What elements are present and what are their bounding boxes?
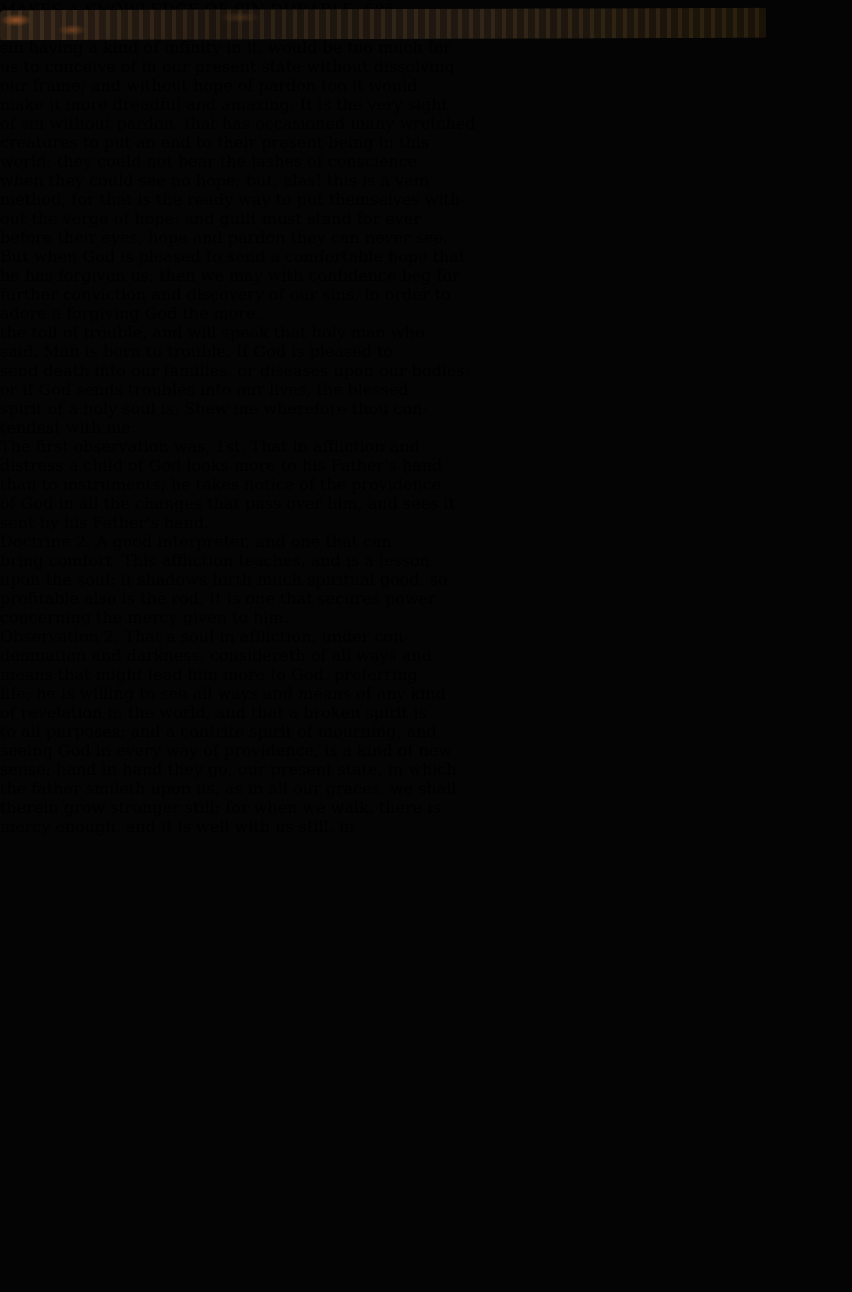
bleedthrough-text: the toil of trouble, and will speak that…: [0, 323, 852, 836]
text-line: make it more dreadful and amazing. It is…: [0, 95, 852, 114]
text-line: he has forgiven us, then we may with con…: [0, 266, 852, 285]
text-line: method, for that is the ready way to put…: [0, 190, 852, 209]
book-scan: MAKES A KNOWLEDGE OF SIN DURABLE. 585 be…: [0, 0, 852, 1292]
text-line: sin having a kind of infinity in it, wou…: [0, 38, 852, 57]
text-line: But when God is pleased to send a comfor…: [0, 247, 852, 266]
text-line: before their eyes, hope and pardon they …: [0, 228, 852, 247]
text-line: adore a forgiving God the more.: [0, 304, 852, 323]
text-line: out the verge of hope; and guilt must st…: [0, 209, 852, 228]
text-line: creatures to put an end to their present…: [0, 133, 852, 152]
bleedthrough-block: Doctrine 2. A good interpreter, and one …: [0, 532, 852, 646]
bleedthrough-block: of God in all the changes that pass over…: [0, 494, 852, 532]
bleedthrough-block: the toil of trouble, and will speak that…: [0, 323, 852, 437]
bleedthrough-block: The first observation was, 1st. That in …: [0, 437, 852, 494]
text-line: our frame; and without hope of pardon to…: [0, 76, 852, 95]
text-line: when they could see no hope; but, alas! …: [0, 171, 852, 190]
book-page: MAKES A KNOWLEDGE OF SIN DURABLE. 585 be…: [0, 0, 852, 836]
bleedthrough-block: demnation and darkness, considereth of a…: [0, 646, 852, 836]
book-cover-top-edge: [0, 8, 766, 40]
text-line: of sin without pardon, that has occasion…: [0, 114, 852, 133]
text-line: further conviction and discovery of our …: [0, 285, 852, 304]
body-text: bear such thoughts in this mortal state;…: [0, 19, 852, 323]
book-cover-top-left-corner: [0, 12, 14, 116]
text-line: us to conceive of in our present state w…: [0, 57, 852, 76]
text-line: world; they could not bear the lashes of…: [0, 152, 852, 171]
